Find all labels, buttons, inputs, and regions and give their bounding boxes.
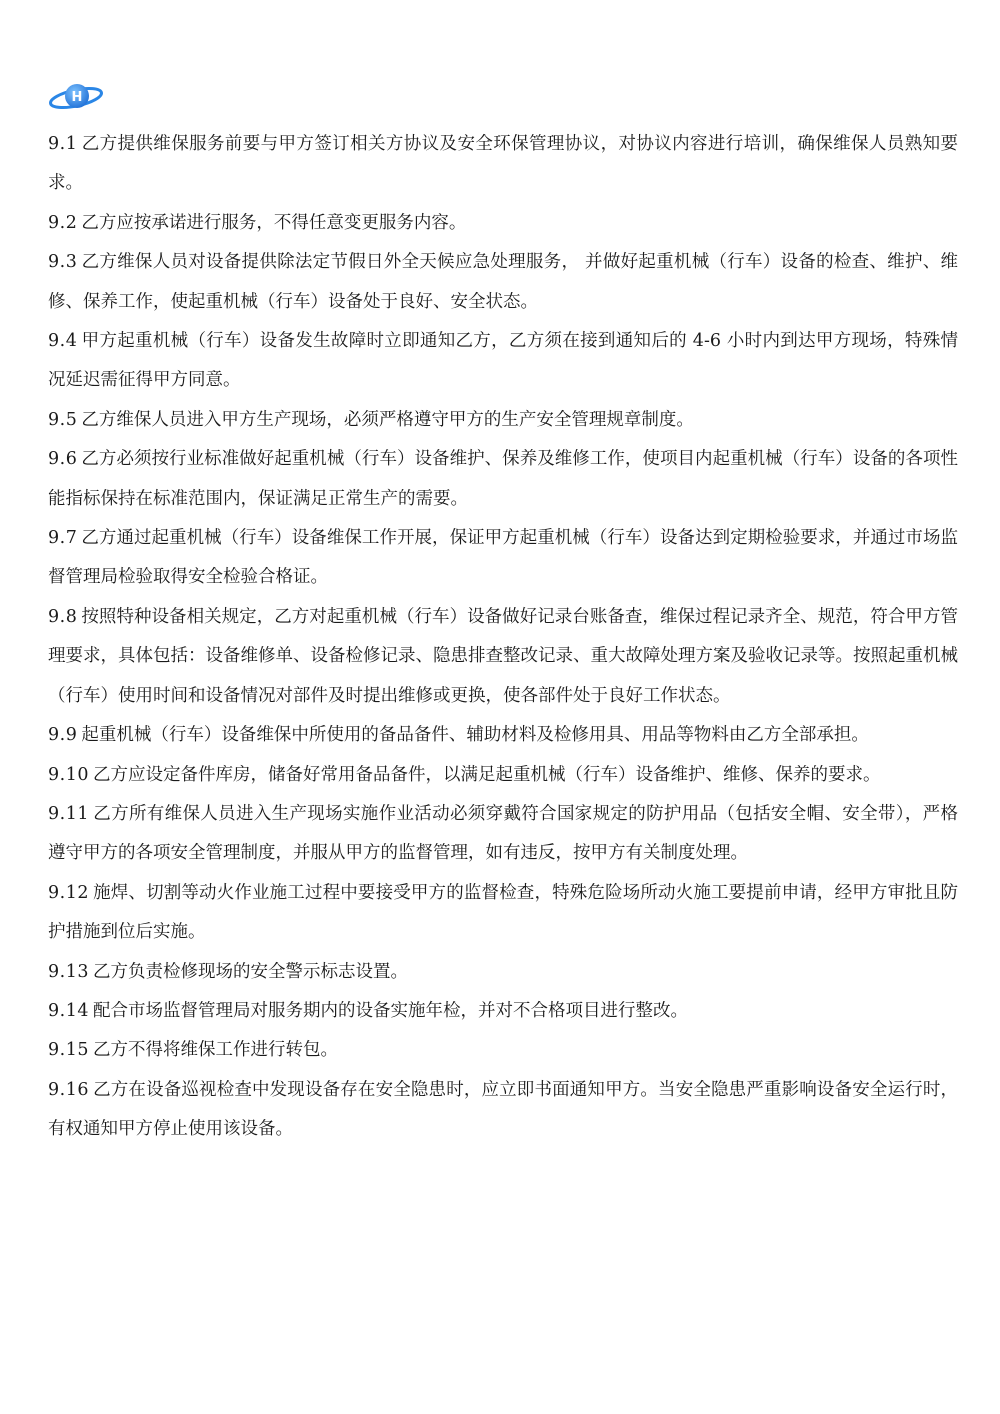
clause-9-2: 9.2乙方应按承诺进行服务，不得任意变更服务内容。 xyxy=(48,204,958,243)
clause-9-9: 9.9起重机械（行车）设备维保中所使用的备品备件、辅助材料及检修用具、用品等物料… xyxy=(48,716,958,755)
clause-9-5: 9.5乙方维保人员进入甲方生产现场，必须严格遵守甲方的生产安全管理规章制度。 xyxy=(48,401,958,440)
clause-9-8: 9.8按照特种设备相关规定，乙方对起重机械（行车）设备做好记录台账备查，维保过程… xyxy=(48,598,958,716)
clause-9-6: 9.6乙方必须按行业标准做好起重机械（行车）设备维护、保养及维修工作，使项目内起… xyxy=(48,440,958,519)
company-logo-icon: H xyxy=(48,80,104,114)
clause-9-10: 9.10乙方应设定备件库房，储备好常用备品备件，以满足起重机械（行车）设备维护、… xyxy=(48,756,958,795)
clause-9-1: 9.1乙方提供维保服务前要与甲方签订相关方协议及安全环保管理协议，对协议内容进行… xyxy=(48,125,958,204)
svg-text:H: H xyxy=(72,90,83,105)
clause-9-12: 9.12施焊、切割等动火作业施工过程中要接受甲方的监督检查，特殊危险场所动火施工… xyxy=(48,874,958,953)
document-body: 9.1乙方提供维保服务前要与甲方签订相关方协议及安全环保管理协议，对协议内容进行… xyxy=(48,125,958,1150)
clause-9-7: 9.7乙方通过起重机械（行车）设备维保工作开展，保证甲方起重机械（行车）设备达到… xyxy=(48,519,958,598)
clause-9-15: 9.15乙方不得将维保工作进行转包。 xyxy=(48,1031,958,1070)
clause-9-11: 9.11乙方所有维保人员进入生产现场实施作业活动必须穿戴符合国家规定的防护用品（… xyxy=(48,795,958,874)
clause-9-16: 9.16乙方在设备巡视检查中发现设备存在安全隐患时，应立即书面通知甲方。当安全隐… xyxy=(48,1071,958,1150)
clause-9-14: 9.14配合市场监督管理局对服务期内的设备实施年检，并对不合格项目进行整改。 xyxy=(48,992,958,1031)
clause-9-13: 9.13乙方负责检修现场的安全警示标志设置。 xyxy=(48,953,958,992)
clause-9-3: 9.3乙方维保人员对设备提供除法定节假日外全天候应急处理服务， 并做好起重机械（… xyxy=(48,243,958,322)
clause-9-4: 9.4甲方起重机械（行车）设备发生故障时立即通知乙方，乙方须在接到通知后的 4-… xyxy=(48,322,958,401)
